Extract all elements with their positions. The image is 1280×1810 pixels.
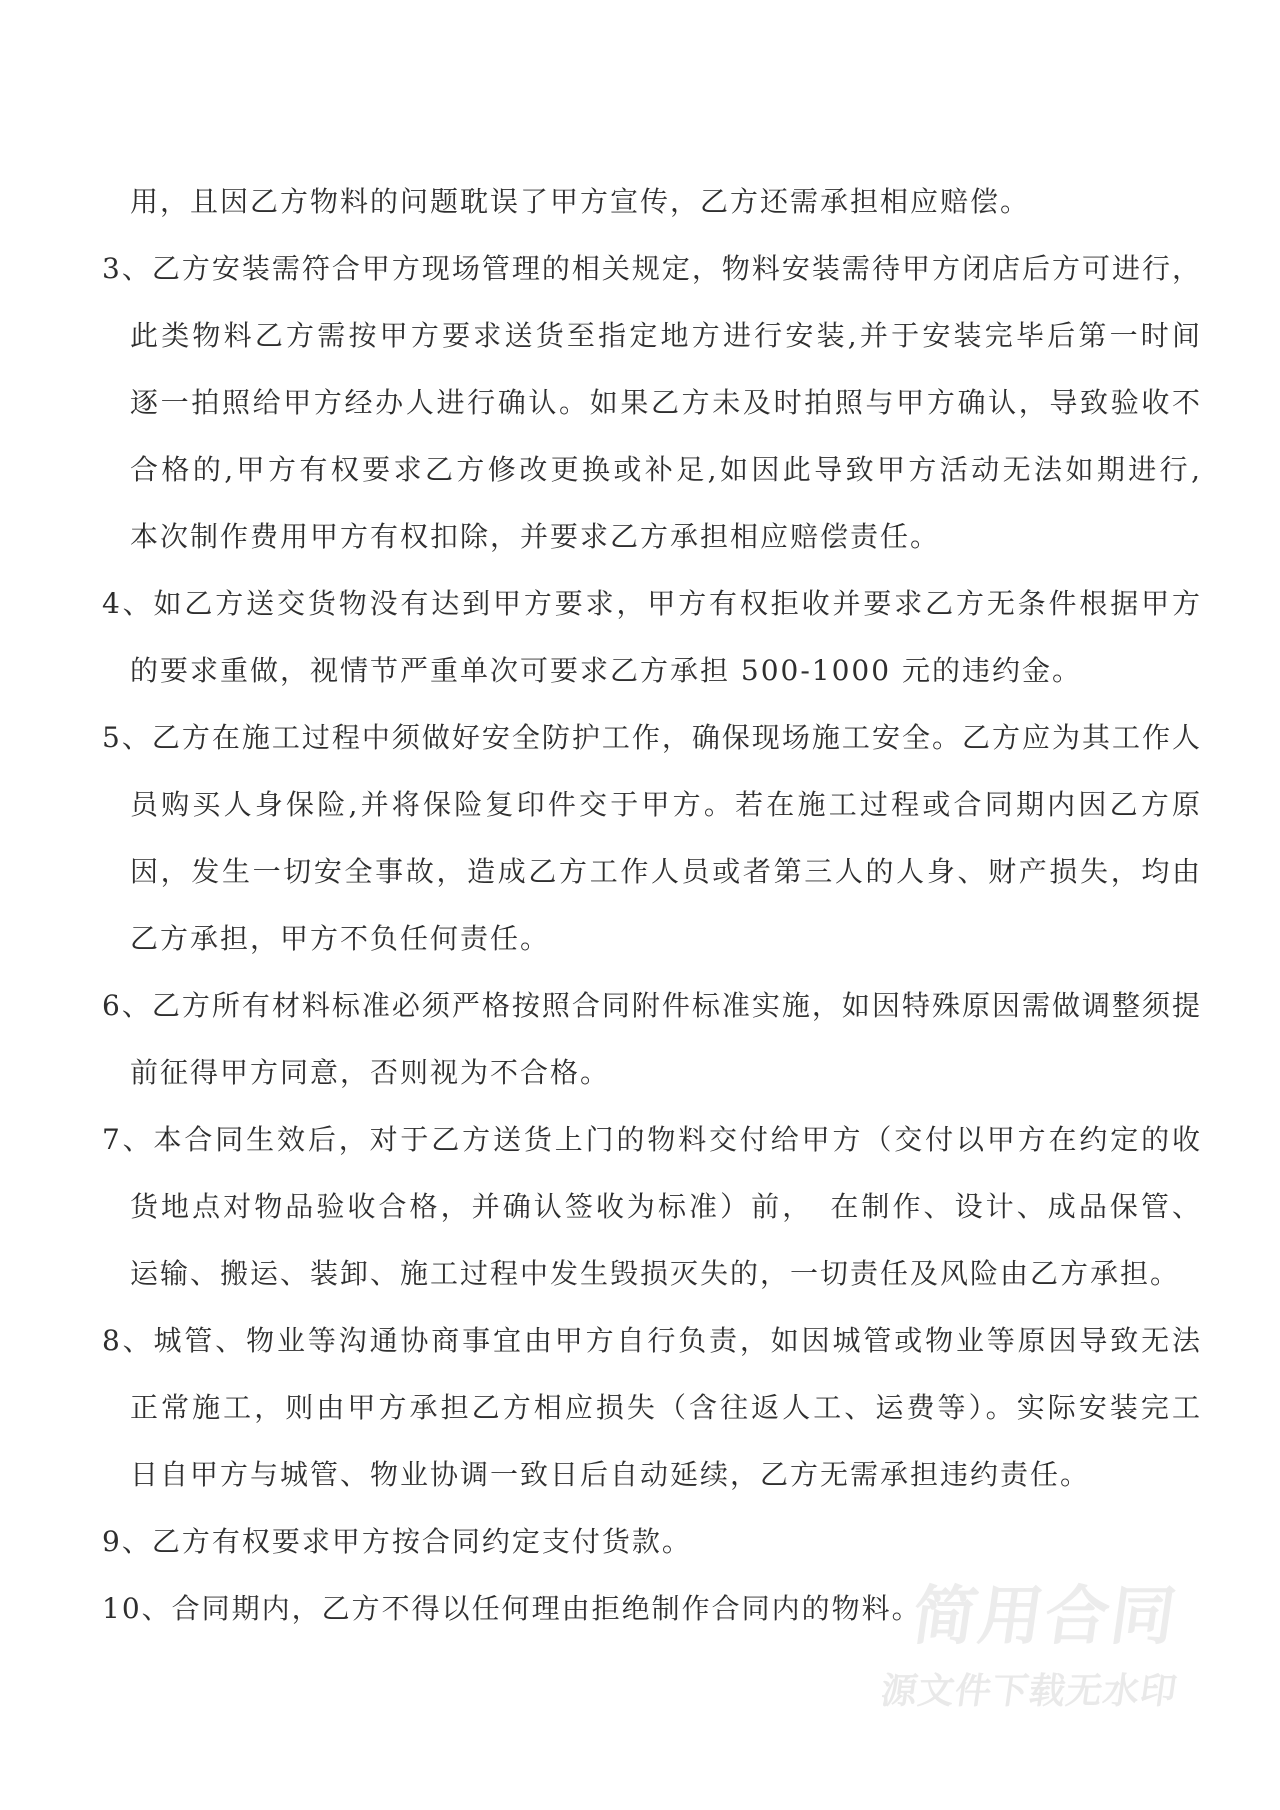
clause-7-line-2: 货地点对物品验收合格，并确认签收为标准）前， 在制作、设计、成品保管、 [102, 1173, 1200, 1240]
clause-7-line-3: 运输、搬运、装卸、施工过程中发生毁损灭失的，一切责任及风险由乙方承担。 [102, 1240, 1200, 1307]
clause-4-line-2: 的要求重做，视情节严重单次可要求乙方承担 500-1000 元的违约金。 [102, 637, 1200, 704]
clause-7-line-1: 7、本合同生效后，对于乙方送货上门的物料交付给甲方（交付以甲方在约定的收 [102, 1106, 1200, 1173]
clause-5-line-2: 员购买人身保险,并将保险复印件交于甲方。若在施工过程或合同期内因乙方原 [102, 771, 1200, 838]
clause-3-line-1: 3、乙方安装需符合甲方现场管理的相关规定，物料安装需待甲方闭店后方可进行， [102, 235, 1200, 302]
clause-3-line-5: 本次制作费用甲方有权扣除，并要求乙方承担相应赔偿责任。 [102, 503, 1200, 570]
clause-6-line-1: 6、乙方所有材料标准必须严格按照合同附件标准实施，如因特殊原因需做调整须提 [102, 972, 1200, 1039]
clause-3-line-2: 此类物料乙方需按甲方要求送货至指定地方进行安装,并于安装完毕后第一时间 [102, 302, 1200, 369]
clause-3-line-4: 合格的,甲方有权要求乙方修改更换或补足,如因此导致甲方活动无法如期进行, [102, 436, 1200, 503]
clause-2-line-end: 用，且因乙方物料的问题耽误了甲方宣传，乙方还需承担相应赔偿。 [102, 168, 1200, 235]
clause-6-line-2: 前征得甲方同意，否则视为不合格。 [102, 1039, 1200, 1106]
clause-8-line-1: 8、城管、物业等沟通协商事宜由甲方自行负责，如因城管或物业等原因导致无法 [102, 1307, 1200, 1374]
clause-9-line-1: 9、乙方有权要求甲方按合同约定支付货款。 [102, 1508, 1200, 1575]
clause-8-line-3: 日自甲方与城管、物业协调一致日后自动延续，乙方无需承担违约责任。 [102, 1441, 1200, 1508]
clause-4-line-1: 4、如乙方送交货物没有达到甲方要求，甲方有权拒收并要求乙方无条件根据甲方 [102, 570, 1200, 637]
contract-body: 用，且因乙方物料的问题耽误了甲方宣传，乙方还需承担相应赔偿。 3、乙方安装需符合… [102, 168, 1200, 1642]
clause-5-line-3: 因，发生一切安全事故，造成乙方工作人员或者第三人的人身、财产损失，均由 [102, 838, 1200, 905]
clause-10-line-1: 10、合同期内，乙方不得以任何理由拒绝制作合同内的物料。 [102, 1575, 1200, 1642]
clause-3-line-3: 逐一拍照给甲方经办人进行确认。如果乙方未及时拍照与甲方确认，导致验收不 [102, 369, 1200, 436]
clause-5-line-4: 乙方承担，甲方不负任何责任。 [102, 905, 1200, 972]
clause-5-line-1: 5、乙方在施工过程中须做好安全防护工作，确保现场施工安全。乙方应为其工作人 [102, 704, 1200, 771]
watermark-subtitle: 源文件下载无水印 [878, 1674, 1179, 1710]
clause-8-line-2: 正常施工，则由甲方承担乙方相应损失（含往返人工、运费等）。实际安装完工 [102, 1374, 1200, 1441]
